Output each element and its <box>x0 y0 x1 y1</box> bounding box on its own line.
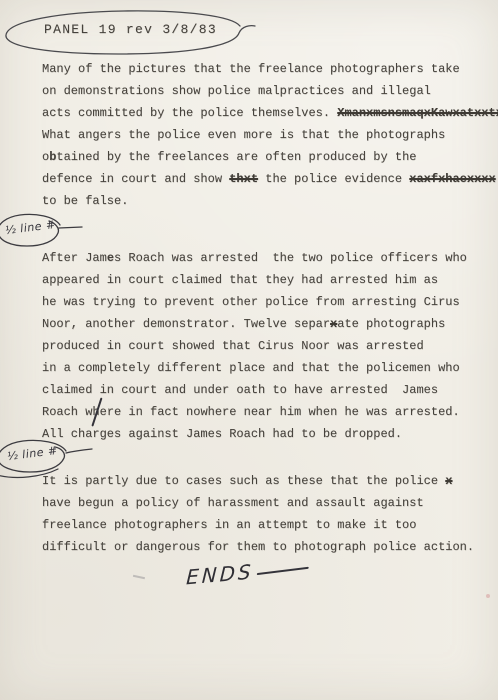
text-line: All charges against James Roach had to b… <box>42 423 467 445</box>
text-line: difficult or dangerous for them to photo… <box>42 536 474 558</box>
header-stamp: PANEL 19 rev 3/8/83 <box>0 8 256 56</box>
text-line: claimed in court and under oath to have … <box>42 379 467 401</box>
text-line: defence in court and show thxt the polic… <box>42 168 498 190</box>
text-line: produced in court showed that Cirus Noor… <box>42 335 467 357</box>
struck-text: XmanxmsnsmaqxKawxatxxtx <box>337 106 498 120</box>
paragraph-2: After James Roach was arrested the two p… <box>42 247 467 445</box>
text-line: Roach where in fact nowhere near him whe… <box>42 401 467 423</box>
annotation-arrow <box>59 227 82 228</box>
overtyped-letter: e <box>107 251 114 265</box>
text-line: It is partly due to cases such as these … <box>42 470 474 492</box>
text-segment: After Jam <box>42 251 107 265</box>
text-line: What angers the police even more is that… <box>42 124 498 146</box>
text-line: in a completely different place and that… <box>42 357 467 379</box>
ends-mark: ENDS <box>186 555 310 590</box>
struck-text: x <box>445 474 452 488</box>
text-segment: Noor, another demonstrator. Twelve separ <box>42 317 330 331</box>
text-line: on demonstrations show police malpractic… <box>42 80 498 102</box>
text-line: After James Roach was arrested the two p… <box>42 247 467 269</box>
text-segment: tained by the freelances are often produ… <box>56 150 416 164</box>
text-segment: defence in court and show <box>42 172 229 186</box>
pen-struck-letter: h <box>92 401 99 423</box>
text-line: obtained by the freelances are often pro… <box>42 146 498 168</box>
text-line: acts committed by the police themselves.… <box>42 102 498 124</box>
text-segment: It is partly due to cases such as these … <box>42 474 445 488</box>
stray-pen-mark <box>133 575 145 579</box>
text-segment: ere in fact nowhere near him when he was… <box>100 405 460 419</box>
paragraph-3: It is partly due to cases such as these … <box>42 470 474 558</box>
annotation-arrow <box>66 449 92 453</box>
text-segment: s Roach was arrested the two police offi… <box>114 251 467 265</box>
struck-text: xaxfxhaexxxx <box>409 172 495 186</box>
text-line: to be false. <box>42 190 498 212</box>
text-segment: the police evidence <box>258 172 409 186</box>
text-line: he was trying to prevent other police fr… <box>42 291 467 313</box>
text-segment: acts committed by the police themselves. <box>42 106 337 120</box>
text-line: appeared in court claimed that they had … <box>42 269 467 291</box>
text-line: Many of the pictures that the freelance … <box>42 58 498 80</box>
paper-speck <box>486 594 490 598</box>
text-line: have begun a policy of harassment and as… <box>42 492 474 514</box>
struck-text: thxt <box>229 172 258 186</box>
ends-text: ENDS <box>186 559 255 589</box>
paragraph-1: Many of the pictures that the freelance … <box>42 58 498 212</box>
text-segment: Roach w <box>42 405 92 419</box>
stamp-text: PANEL 19 rev 3/8/83 <box>44 22 217 37</box>
text-line: freelance photographers in an attempt to… <box>42 514 474 536</box>
text-segment: ate photographs <box>337 317 445 331</box>
text-line: Noor, another demonstrator. Twelve separ… <box>42 313 467 335</box>
